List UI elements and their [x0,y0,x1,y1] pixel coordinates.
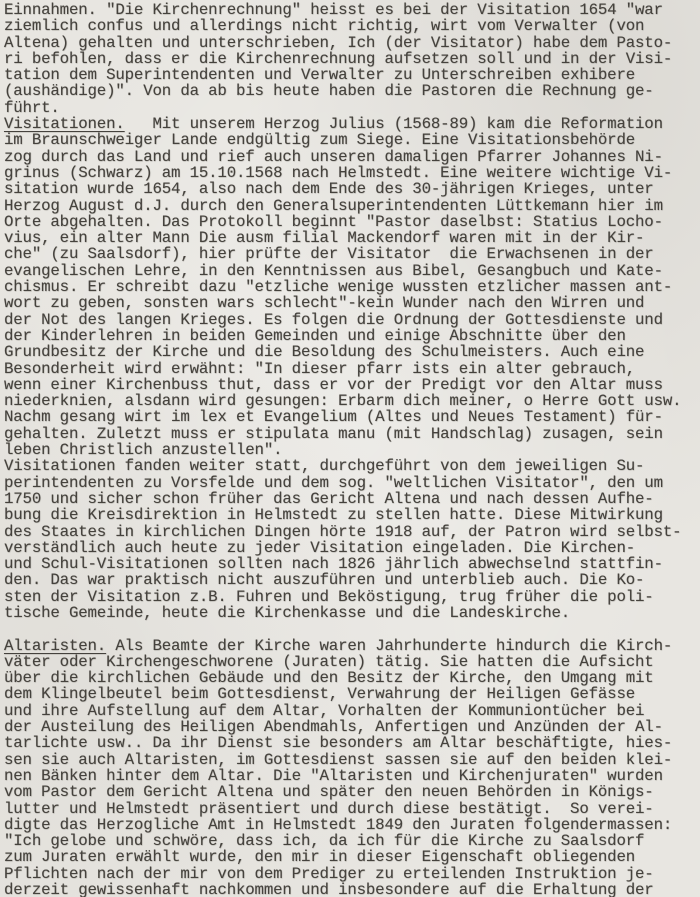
text-line: Einnahmen. "Die Kirchenrechnung" heisst … [4,2,700,18]
text-line: der Austeilung des Heiligen Abendmahls, … [4,719,700,735]
text-line: führt. [4,100,700,116]
text-line: sitation wurde 1654, also nach dem Ende … [4,181,700,197]
text-line: dem Klingelbeutel beim Gottesdienst, Ver… [4,686,700,702]
text-line: Grundbesitz der Kirche und die Besoldung… [4,344,700,360]
text-line: vius, ein alter Mann Die ausm filial Mac… [4,230,700,246]
text-line: lutter und Helmstedt präsentiert und dur… [4,801,700,817]
text-line: tische Gemeinde, heute die Kirchenkasse … [4,605,700,621]
text-line: ri befohlen, dass er die Kirchenrechnung… [4,51,700,67]
text-line: 1750 und sicher schon früher das Gericht… [4,491,700,507]
section-heading-line: Visitationen. Mit unserem Herzog Julius … [4,116,700,132]
text-line: (aushändige)". Von da ab bis heute haben… [4,83,700,99]
text-line: sten der Visitation z.B. Fuhren und Bekö… [4,589,700,605]
section-heading-line: Altaristen. Als Beamte der Kirche waren … [4,638,700,654]
text-line: des Staates in kirchlichen Dingen hörte … [4,524,700,540]
text-line: chismus. Er schreibt dazu "etzliche weni… [4,279,700,295]
text-line: gehalten. Zuletzt muss er stipulata manu… [4,426,700,442]
text-line: der Kinderlehren in beiden Gemeinden und… [4,328,700,344]
text-line: und ihre Aufstellung auf dem Altar, Vorh… [4,703,700,719]
text-line: Besonderheit wird erwähnt: "In dieser pf… [4,361,700,377]
text-line: und Schul-Visitationen sollten nach 1826… [4,556,700,572]
text-line: che" (zu Saalsdorf), hier prüfte der Vis… [4,246,700,262]
text-run: Als Beamte der Kirche waren Jahrhunderte… [106,637,672,655]
text-line: perintendenten zu Vorsfelde und dem sog.… [4,475,700,491]
text-line: tarlichte usw.. Da ihr Dienst sie besond… [4,735,700,751]
text-line: Visitationen fanden weiter statt, durchg… [4,458,700,474]
text-line: nen Bänken hinter dem Altar. Die "Altari… [4,768,700,784]
text-line: verständlich auch heute zu jeder Visitat… [4,540,700,556]
text-line: digte das Herzogliche Amt in Helmstedt 1… [4,817,700,833]
text-line: ziemlich confus und allerdings nicht ric… [4,18,700,34]
text-line: niederknien, alsdann wird gesungen: Erba… [4,393,700,409]
section-heading: Altaristen. [4,637,106,655]
text-line: Herzog August d.J. durch den Generalsupe… [4,198,700,214]
text-line: grinus (Schwarz) am 15.10.1568 nach Helm… [4,165,700,181]
text-line: der Not des langen Krieges. Es folgen di… [4,312,700,328]
text-line: zum Juraten erwählt wurde, den mir in di… [4,849,700,865]
text-line: "Ich gelobe und schwöre, dass ich, da ic… [4,833,700,849]
text-line: vom Pastor dem Gericht Altena und später… [4,784,700,800]
text-line: im Braunschweiger Lande endgültig zum Si… [4,132,700,148]
document-text: Einnahmen. "Die Kirchenrechnung" heisst … [4,2,700,897]
text-line: bung die Kreisdirektion in Helmstedt zu … [4,507,700,523]
text-line: leben Christlich anzustellen". [4,442,700,458]
text-line: väter oder Kirchengeschworene (Juraten) … [4,654,700,670]
text-line: sen sie auch Altaristen, im Gottesdienst… [4,752,700,768]
text-line: Nachm gesang wirt im lex et Evangelium (… [4,409,700,425]
text-line [4,621,700,637]
text-line: den. Das war praktisch nicht auszuführen… [4,572,700,588]
text-line: zog durch das Land und rief auch unseren… [4,149,700,165]
text-line: evangelischen Lehre, in den Kenntnissen … [4,263,700,279]
text-line: Altena) gehalten und unterschrieben, Ich… [4,35,700,51]
text-line: derzeit gewissenhaft nachkommen und insb… [4,882,700,897]
text-line: wort zu geben, sonsten wars schlecht"-ke… [4,295,700,311]
text-line: Pflichten nach der mir von dem Prediger … [4,866,700,882]
document-page: Einnahmen. "Die Kirchenrechnung" heisst … [0,0,700,897]
text-line: wenn einer Kirchenbuss thut, dass er vor… [4,377,700,393]
text-line: Orte abgehalten. Das Protokoll beginnt "… [4,214,700,230]
